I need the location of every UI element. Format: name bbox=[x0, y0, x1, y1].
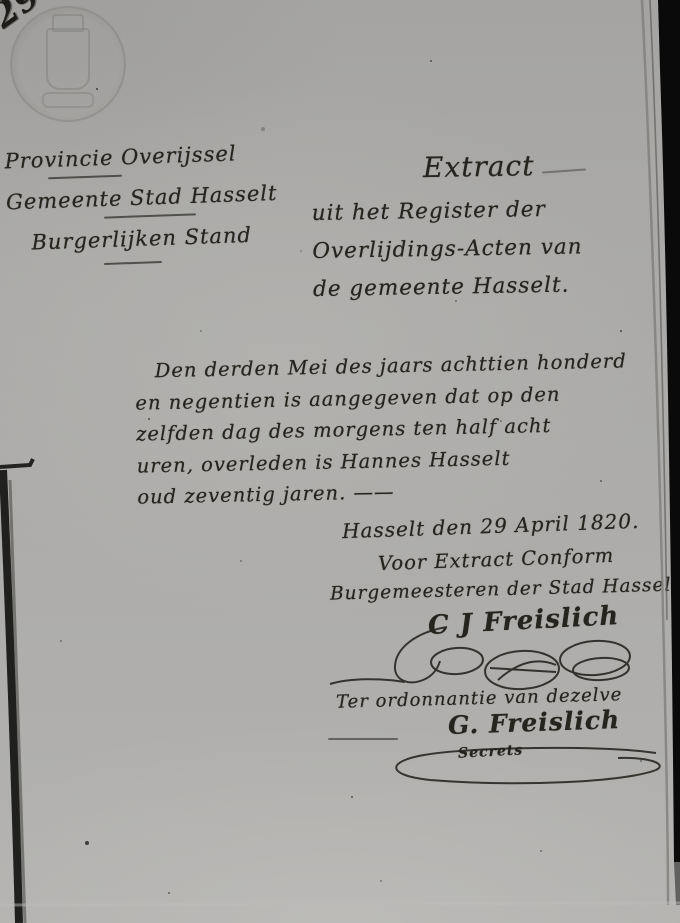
seal-crest-icon bbox=[46, 28, 90, 90]
seal-band bbox=[42, 92, 94, 108]
secretary-signature: G. Freislich bbox=[448, 705, 621, 740]
issuing-authority-block: Provincie Overijssel Gemeente Stad Hasse… bbox=[4, 131, 318, 265]
extract-line: Overlijdings-Acten van bbox=[312, 227, 661, 271]
document-scan-page: 29 Provincie Overijssel Gemeente Stad Ha… bbox=[0, 0, 680, 923]
embossed-seal bbox=[10, 6, 126, 122]
mayor-signature: C J Freislich bbox=[427, 601, 620, 641]
dateline: Hasselt den 29 April 1820. bbox=[342, 509, 640, 543]
record-text: Den derden Mei des jaars achttien honder… bbox=[134, 344, 677, 513]
underline-stroke bbox=[104, 261, 162, 265]
extract-line: de gemeente Hasselt. bbox=[313, 265, 662, 309]
extract-title: Extract bbox=[423, 145, 660, 187]
authority-line: Burgemeesteren der Stad Hasselt bbox=[330, 574, 680, 604]
flourish-dash bbox=[328, 738, 398, 740]
paper-speckles bbox=[0, 0, 2, 2]
civil-registry-line: Burgerlijken Stand bbox=[31, 213, 318, 264]
secretary-title: Secrets bbox=[458, 742, 524, 761]
attestation-line: Voor Extract Conform bbox=[378, 544, 615, 575]
extract-line: uit het Register der bbox=[311, 189, 660, 233]
extract-heading-block: Extract uit het Register der Overlijding… bbox=[311, 145, 662, 309]
